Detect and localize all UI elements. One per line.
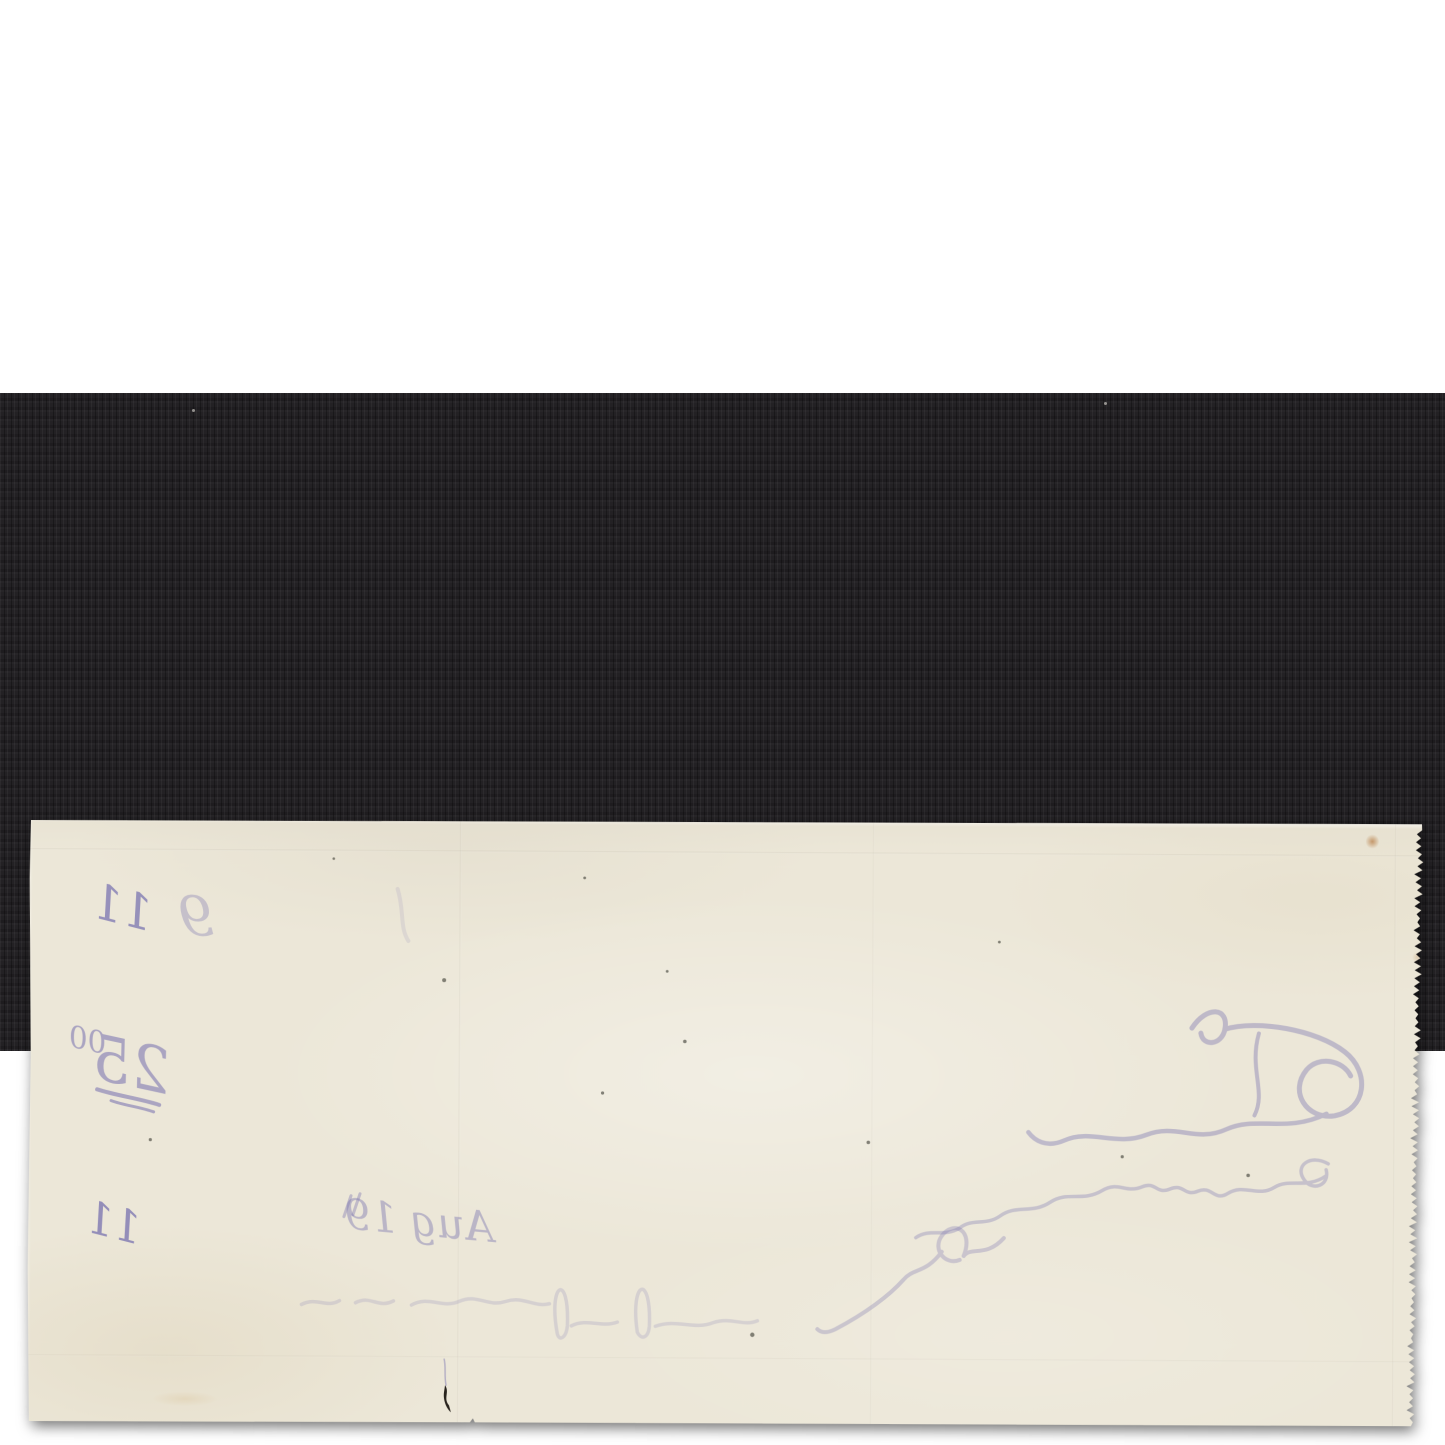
bleed-numeral-9: 9 <box>176 884 216 951</box>
paper-tear <box>444 1359 451 1412</box>
bleed-signature-large <box>1028 1011 1362 1145</box>
lint-speck <box>1104 402 1107 405</box>
bleed-numeral-11-top: 11 <box>86 873 159 942</box>
svg-text:9: 9 <box>176 884 216 951</box>
paper-surface: 11 9 25 00 Aug 19 <box>25 817 1427 1428</box>
bleed-endorsement-word <box>817 1227 1004 1333</box>
check-back-paper: 11 9 25 00 Aug 19 <box>25 817 1427 1428</box>
lint-speck <box>192 409 195 412</box>
svg-text:00: 00 <box>65 1019 110 1061</box>
paper-flecks <box>148 856 1252 1339</box>
svg-text:Aug 19: Aug 19 <box>342 1189 501 1252</box>
photo-black-backdrop: 11 9 25 00 Aug 19 <box>0 393 1445 1051</box>
bleed-amount: 25 00 <box>57 1015 179 1114</box>
bleed-ghost-mark <box>397 889 408 941</box>
svg-text:11: 11 <box>86 873 159 942</box>
scan-page: 11 9 25 00 Aug 19 <box>0 0 1445 1445</box>
bleed-center-signature <box>301 1288 757 1339</box>
bleed-numeral-11-mid: 11 <box>80 1192 147 1255</box>
svg-text:11: 11 <box>80 1192 147 1255</box>
bleed-date: Aug 19 <box>342 1189 501 1252</box>
bleed-endorsement-line <box>916 1158 1328 1240</box>
